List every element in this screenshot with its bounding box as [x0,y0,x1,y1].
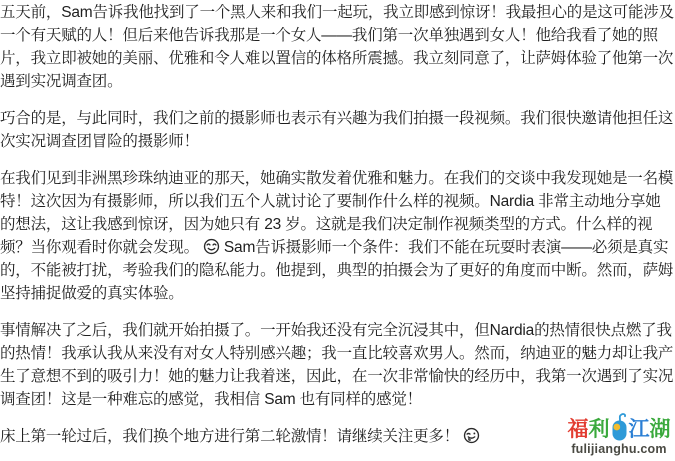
watermark-brand: 福 利 江 湖 [569,412,669,442]
paragraph-2-text: 巧合的是，与此同时，我们之前的摄影师也表示有兴趣为我们拍摄一段视频。我们很快邀请… [0,110,673,150]
paragraph-5-text: 床上第一轮过后，我们换个地方进行第二轮激情！请继续关注更多！ [0,428,459,445]
site-watermark: 福 利 江 湖 fulijianghu.com [569,412,669,456]
watermark-domain: fulijianghu.com [569,442,669,456]
article: 五天前，Sam告诉我他找到了一个黑人来和我们一起玩，我立即感到惊讶！我最担心的是… [0,1,675,461]
brand-char-hu: 湖 [650,418,671,442]
brand-char-fu: 福 [568,418,589,442]
smiling-face-emoji-icon [203,238,220,255]
brand-char-li: 利 [589,418,610,442]
brand-char-jiang: 江 [629,418,650,442]
winking-tongue-emoji-icon [463,427,480,444]
paragraph-3: 在我们见到非洲黑珍珠纳迪亚的那天，她确实散发着优雅和魅力。在我们的交谈中我发现她… [0,167,675,305]
paragraph-4: 事情解决了之后，我们就开始拍摄了。一开始我还没有完全沉浸其中，但Nardia的热… [0,319,675,411]
page: { "page": { "background_color": "#ffffff… [0,0,675,461]
paragraph-4-text: 事情解决了之后，我们就开始拍摄了。一开始我还没有完全沉浸其中，但Nardia的热… [0,322,673,408]
paragraph-1: 五天前，Sam告诉我他找到了一个黑人来和我们一起玩，我立即感到惊讶！我最担心的是… [0,1,675,93]
paragraph-1-text: 五天前，Sam告诉我他找到了一个黑人来和我们一起玩，我立即感到惊讶！我最担心的是… [0,4,674,90]
computer-mouse-icon [611,412,628,442]
paragraph-2: 巧合的是，与此同时，我们之前的摄影师也表示有兴趣为我们拍摄一段视频。我们很快邀请… [0,107,675,153]
